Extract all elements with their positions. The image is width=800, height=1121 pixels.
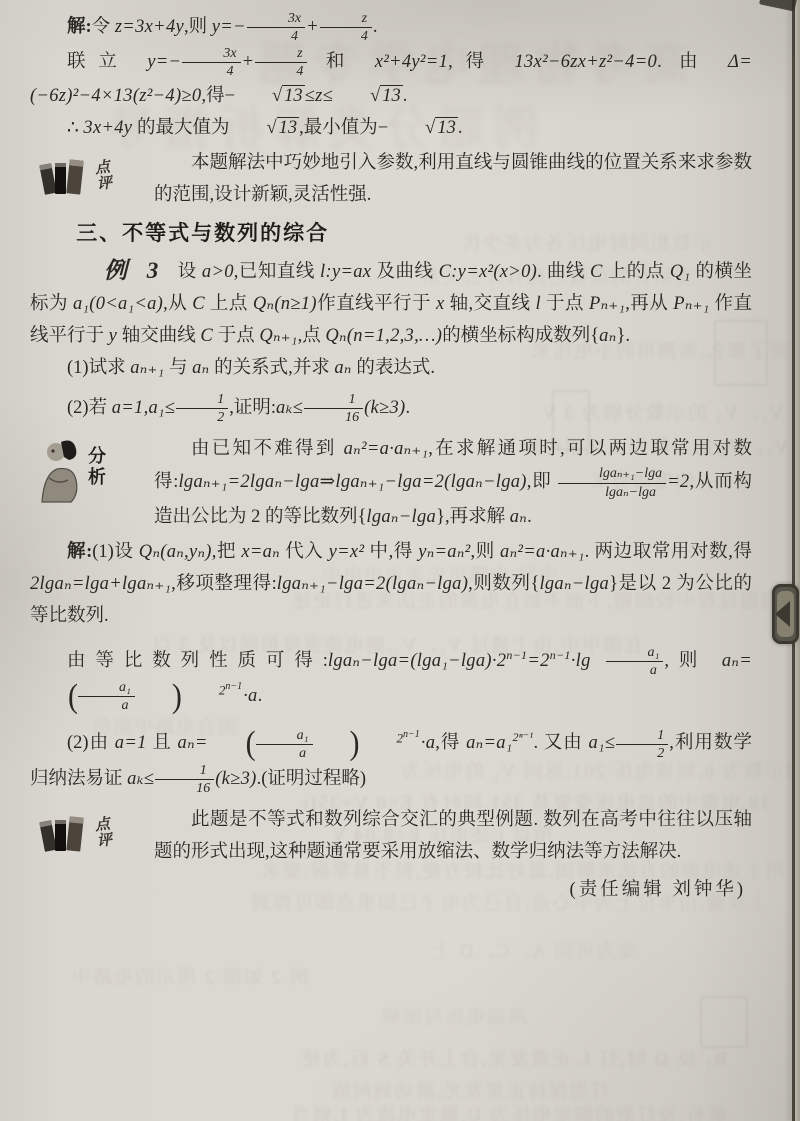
text-run: 与 — [164, 358, 192, 378]
numerator: z — [320, 10, 372, 28]
math-run: x=aₙ — [241, 542, 280, 562]
math-run: z=3x+4y — [115, 17, 184, 37]
fraction: 12 — [176, 391, 228, 426]
math-run: Qₙ(aₙ,yₙ) — [139, 542, 212, 562]
text-run: 中,得 — [364, 542, 418, 562]
sqrt-expression: √13 — [235, 80, 305, 112]
text-run: 由已知不难得到 — [191, 439, 344, 459]
numerator: a₁ — [256, 727, 313, 745]
text-run: 轴交曲线 — [117, 326, 200, 346]
text-run: 的横坐标构成数列{ — [442, 326, 599, 346]
math-run: 3x+4y — [83, 118, 132, 138]
left-paren: ( — [31, 680, 78, 714]
text-run: . — [258, 686, 263, 706]
text-run: . 由 — [657, 52, 728, 72]
books-icon: 点评 — [38, 152, 144, 200]
math-run: Q₁ — [670, 262, 690, 282]
books-glyph — [38, 152, 96, 200]
math-run: a=1,a₁≤ — [112, 398, 176, 418]
math-run: Pₙ₊₁ — [673, 294, 709, 314]
math-run: aₙ²=a·aₙ₊₁ — [500, 542, 585, 562]
math-run: a₁≤ — [588, 733, 615, 753]
text-run: . 两边取常用对数,得 — [585, 542, 752, 562]
text-run: 轴,交直线 — [445, 294, 536, 314]
text-run: ,点 — [298, 326, 326, 346]
denominator: 4 — [255, 63, 307, 80]
math-run: aₙ₊₁ — [130, 358, 164, 378]
clip-arrow-icon — [775, 601, 790, 627]
section-heading: 三、不等式与数列的综合 — [30, 218, 752, 250]
solution-system: 联立 y=−3x4+z4 和 x²+4y²=1,得 13x²−6zx+z²−4=… — [30, 45, 752, 112]
scanned-page: 高考物理电学专题例题分类解析指导示数相同时电压各为多少伏安培计的读数之间有什么关… — [0, 0, 800, 1121]
numerator: 1 — [155, 762, 214, 780]
denominator: a — [606, 662, 663, 679]
question-2: (2)若 a=1,a₁≤12,证明:aₖ≤116(k≥3). — [30, 391, 752, 426]
math-run: aₙ=a₁2ⁿ⁻¹ — [466, 733, 533, 753]
denominator: a — [78, 697, 135, 714]
fraction: 3x4 — [182, 45, 240, 80]
math-run: 13x²−6zx+z²−4=0 — [514, 52, 657, 72]
bold-label-run: 解: — [67, 17, 92, 37]
fraction: z4 — [255, 45, 307, 80]
bleedthrough-text: 例 2 如图 2 所示的电路中 — [70, 962, 309, 989]
text-run: },再求解 — [436, 507, 510, 527]
text-run: ,得 — [448, 52, 514, 72]
math-run: x²+4y²=1 — [375, 52, 448, 72]
numerator: 3x — [247, 10, 305, 28]
example-3: 例 3设 a>0,已知直线 l:y=ax 及曲线 C:y=x²(x>0). 曲线… — [30, 254, 752, 352]
fraction: (a₁a)2n−1 — [31, 679, 242, 714]
text-run: 及曲线 — [371, 262, 438, 282]
math-run: aₖ≤ — [276, 398, 303, 418]
bleedthrough-text: 两端电压与图解 — [380, 1002, 527, 1029]
fraction-stack: 12 — [176, 391, 228, 426]
text-run: 且 — [147, 733, 178, 753]
text-run: 上点 — [205, 294, 253, 314]
fraction-stack: a₁a — [256, 727, 313, 762]
text-run: 于点 — [541, 294, 589, 314]
text-run: 联立 — [67, 52, 147, 72]
text-run: ,得− — [201, 86, 235, 106]
denominator: lgaₙ−lga — [558, 484, 666, 501]
analyst-figure-glyph — [38, 438, 88, 504]
exponent: n−1 — [506, 648, 527, 662]
bleedthrough-text: 灯泡保持正常发光,滑动到何值 — [330, 1076, 610, 1103]
fraction: 3x4 — [247, 10, 305, 45]
exponent: 2n−1 — [360, 719, 420, 754]
math-run: C:y=x²(x>0) — [439, 262, 538, 282]
radical-icon: √ — [266, 118, 276, 138]
fraction: 12 — [616, 727, 668, 762]
math-run: aₙ= — [722, 651, 752, 671]
math-run: aₙ — [510, 507, 527, 527]
radical-icon: √ — [425, 118, 435, 138]
fraction: (a₁a)2n−1 — [209, 727, 420, 762]
comment-icon-label: 点评 — [94, 160, 116, 193]
fraction: 116 — [304, 391, 363, 426]
math-run: 2lgaₙ=lga+lgaₙ₊₁ — [30, 574, 171, 594]
numerator: 1 — [616, 727, 668, 745]
text-run: ,已知直线 — [234, 262, 320, 282]
text-run: (1)试求 — [67, 358, 130, 378]
text-run: ,得 — [435, 733, 466, 753]
denominator: a — [256, 745, 313, 762]
sqrt-expression: √13 — [388, 112, 458, 144]
radicand: 13 — [282, 85, 305, 106]
numerator: 3x — [182, 45, 240, 63]
bold-label-run: 解: — [67, 542, 92, 562]
fraction: a₁a — [606, 644, 663, 679]
math-run: l:y=ax — [320, 262, 371, 282]
bleedthrough-text: 解析:设灯泡的额定电压为 U,额定电流为 I,则当 — [290, 1100, 726, 1121]
math-run: = — [527, 651, 540, 671]
denominator: 2 — [616, 745, 668, 762]
radicand: 13 — [277, 117, 300, 138]
fraction-stack: 116 — [155, 762, 214, 797]
text-run: 的最大值为 — [132, 118, 229, 138]
comment-block-2: 点评此题是不等式和数列综合交汇的典型例题. 数列在高考中往往以压轴题的形式出现,… — [30, 804, 752, 868]
analysis-block: 分析由已知不难得到 aₙ²=a·aₙ₊₁,在求解通项时,可以两边取常用对数得:l… — [30, 433, 752, 532]
math-run: aₙ²=a·aₙ₊₁ — [344, 439, 429, 459]
math-run: =2 — [667, 472, 689, 492]
math-run: + — [306, 17, 319, 37]
text-run: . 又由 — [533, 733, 588, 753]
right-paren: ) — [313, 727, 360, 761]
text-run: . — [458, 118, 463, 138]
math-run: lgaₙ−lga — [539, 574, 609, 594]
fraction-stack: 12 — [616, 727, 668, 762]
math-run: aₙ — [599, 326, 616, 346]
corner-mark — [759, 0, 797, 12]
text-run: 设 — [177, 262, 202, 282]
fraction-stack: a₁a — [606, 644, 663, 679]
math-run: Pₙ₊₁ — [589, 294, 625, 314]
text-run: (1)设 — [92, 542, 139, 562]
fraction-stack: 3x4 — [182, 45, 240, 80]
radical-icon: √ — [370, 86, 380, 106]
math-run: Qₙ(n≥1) — [253, 294, 317, 314]
text-run: ,则数列{ — [468, 574, 539, 594]
fraction-stack: 116 — [304, 391, 363, 426]
math-run: 2n−1 — [540, 651, 571, 671]
fraction-stack: z4 — [320, 10, 372, 45]
text-run: . — [403, 86, 408, 106]
text-run: 的表达式. — [352, 358, 435, 378]
math-run: aₖ≤ — [127, 769, 154, 789]
exponent: 2ⁿ⁻¹ — [513, 730, 534, 744]
fraction: z4 — [320, 10, 372, 45]
page-clip-marker — [772, 584, 799, 644]
fraction-stack: z4 — [255, 45, 307, 80]
comment-icon-label: 点评 — [94, 817, 116, 850]
math-run: a₁(0<a₁<a) — [73, 294, 163, 314]
example-label: 例 3 — [67, 255, 165, 287]
math-run: a=1 — [115, 733, 147, 753]
denominator: 16 — [155, 780, 214, 797]
math-run: lgaₙ−lga — [366, 507, 436, 527]
denominator: 2 — [176, 409, 228, 426]
books-glyph — [38, 809, 96, 857]
math-run: y=− — [147, 52, 181, 72]
math-run: (k≥3) — [364, 398, 405, 418]
math-run: lgaₙ₊₁−lga=2(lgaₙ−lga) — [277, 574, 468, 594]
text-run: 作直线平行于 — [317, 294, 436, 314]
text-run: ,则 — [470, 542, 500, 562]
math-run: aₙ= — [178, 733, 208, 753]
exponent: n−1 — [550, 648, 571, 662]
text-run: ,最小值为− — [299, 118, 388, 138]
page-edge-shadow — [795, 0, 800, 1121]
text-run: (2)由 — [67, 733, 115, 753]
text-run: ,从 — [163, 294, 192, 314]
math-run: Qₙ₊₁ — [259, 326, 297, 346]
numerator: 1 — [176, 391, 228, 409]
geometric-property: 由等比数列性质可得:lgaₙ−lga=(lga₁−lga)·2n−1=2n−1·… — [30, 639, 752, 715]
question-1: (1)试求 aₙ₊₁ 与 aₙ 的关系式,并求 aₙ 的表达式. — [30, 352, 752, 384]
analysis-icon-label: 分析 — [88, 446, 108, 487]
fraction-stack: 3x4 — [247, 10, 305, 45]
bleedthrough-box — [700, 996, 748, 1048]
editor-credit: (责任编辑 刘钟华) — [30, 874, 752, 906]
exponent: 2n−1 — [182, 671, 242, 706]
text-run: . — [406, 398, 411, 418]
math-run: ≤z≤ — [305, 86, 333, 106]
math-run: yₙ=aₙ² — [418, 542, 470, 562]
math-run: + — [242, 52, 255, 72]
text-run: 由等比数列性质可得: — [67, 651, 328, 671]
text-run: ,即 — [527, 472, 557, 492]
comment-block-1: 点评本题解法中巧妙地引入参数,利用直线与圆锥曲线的位置关系来求参数的范围,设计新… — [30, 147, 752, 211]
sqrt-expression: √13 — [333, 80, 403, 112]
text-run: 本题解法中巧妙地引入参数,利用直线与圆锥曲线的位置关系来求参数的范围,设计新颖,… — [154, 153, 752, 205]
numerator: a₁ — [78, 679, 135, 697]
denominator: 4 — [320, 28, 372, 45]
radical-icon: √ — [272, 86, 282, 106]
left-paren: ( — [209, 727, 256, 761]
fraction: lgaₙ₊₁−lgalgaₙ−lga — [558, 465, 666, 500]
math-run: a>0 — [202, 262, 234, 282]
text-run: 此题是不等式和数列综合交汇的典型例题. 数列在高考中往往以压轴题的形式出现,这种… — [154, 810, 752, 862]
fraction: 116 — [155, 762, 214, 797]
books-icon: 点评 — [38, 809, 144, 857]
numerator: 1 — [304, 391, 363, 409]
numerator: a₁ — [606, 644, 663, 662]
math-run: C — [192, 294, 205, 314]
text-run: ,证明: — [229, 398, 276, 418]
right-paren: ) — [135, 680, 182, 714]
math-run: y=x² — [329, 542, 365, 562]
math-run: aₙ — [334, 358, 351, 378]
bleedthrough-text: 变为可知 A、C、D 上 — [430, 936, 637, 963]
math-run: C — [200, 326, 213, 346]
solution-part-2: (2)由 a=1 且 aₙ=(a₁a)2n−1·a,得 aₙ=a₁2ⁿ⁻¹. 又… — [30, 721, 752, 797]
fraction-stack: a₁a — [78, 679, 135, 714]
solution-line-z: 解:令 z=3x+4y,则 y=−3x4+z4. — [30, 10, 752, 45]
math-run: 2n−1 — [497, 651, 528, 671]
fraction-stack: lgaₙ₊₁−lgalgaₙ−lga — [558, 465, 666, 500]
sqrt-expression: √13 — [229, 112, 299, 144]
math-run: x — [436, 294, 445, 314]
numerator: lgaₙ₊₁−lga — [558, 465, 666, 483]
math-run: lgaₙ₊₁=2lgaₙ−lga⇒lgaₙ₊₁−lga=2(lgaₙ−lga) — [178, 472, 526, 492]
solution-part-1: 解:(1)设 Qₙ(aₙ,yₙ),把 x=aₙ 代入 y=x² 中,得 yₙ=a… — [30, 536, 752, 632]
solution-conclusion: ∴ 3x+4y 的最大值为√13,最小值为−√13. — [30, 112, 752, 144]
math-run: Qₙ(n=1,2,3,…) — [325, 326, 442, 346]
text-run: ,移项整理得: — [171, 574, 277, 594]
text-run: .(证明过程略) — [257, 769, 366, 789]
text-run: ,把 — [212, 542, 242, 562]
bleedthrough-text: R₁ 设 Ω 时,灯 L 正常发光,合上开关 S 后,为使 — [300, 1044, 726, 1071]
text-run: . — [527, 507, 532, 527]
numerator: z — [255, 45, 307, 63]
denominator: 16 — [304, 409, 363, 426]
text-run: 令 — [92, 17, 115, 37]
text-run: . 曲线 — [537, 262, 590, 282]
math-run: (k≥3) — [215, 769, 256, 789]
text-run: 的关系式,并求 — [209, 358, 334, 378]
text-run: ,则 — [664, 651, 722, 671]
math-run: ·a — [243, 686, 257, 706]
math-run: y — [109, 326, 118, 346]
denominator: 4 — [182, 63, 240, 80]
document-content: 解:令 z=3x+4y,则 y=−3x4+z4.联立 y=−3x4+z4 和 x… — [30, 10, 752, 906]
text-run: 上的点 — [603, 262, 670, 282]
math-run: y=− — [212, 17, 246, 37]
text-run: 于点 — [213, 326, 259, 346]
text-run: ,则 — [184, 17, 212, 37]
math-run: aₙ — [192, 358, 209, 378]
text-run: 代入 — [280, 542, 329, 562]
math-run: C — [590, 262, 603, 282]
math-run: lgaₙ−lga=(lga₁−lga)· — [328, 651, 497, 671]
radicand: 13 — [435, 117, 458, 138]
text-run: ,再从 — [625, 294, 673, 314]
radicand: 13 — [380, 85, 403, 106]
analyst-icon: 分析 — [38, 438, 144, 524]
denominator: 4 — [247, 28, 305, 45]
math-run: ·a — [421, 733, 435, 753]
math-run: ·lg — [571, 651, 606, 671]
text-run: . — [373, 17, 378, 37]
text-run: (2)若 — [67, 398, 112, 418]
text-run: }. — [617, 326, 631, 346]
text-run: 和 — [308, 52, 374, 72]
text-run: ∴ — [67, 118, 83, 138]
